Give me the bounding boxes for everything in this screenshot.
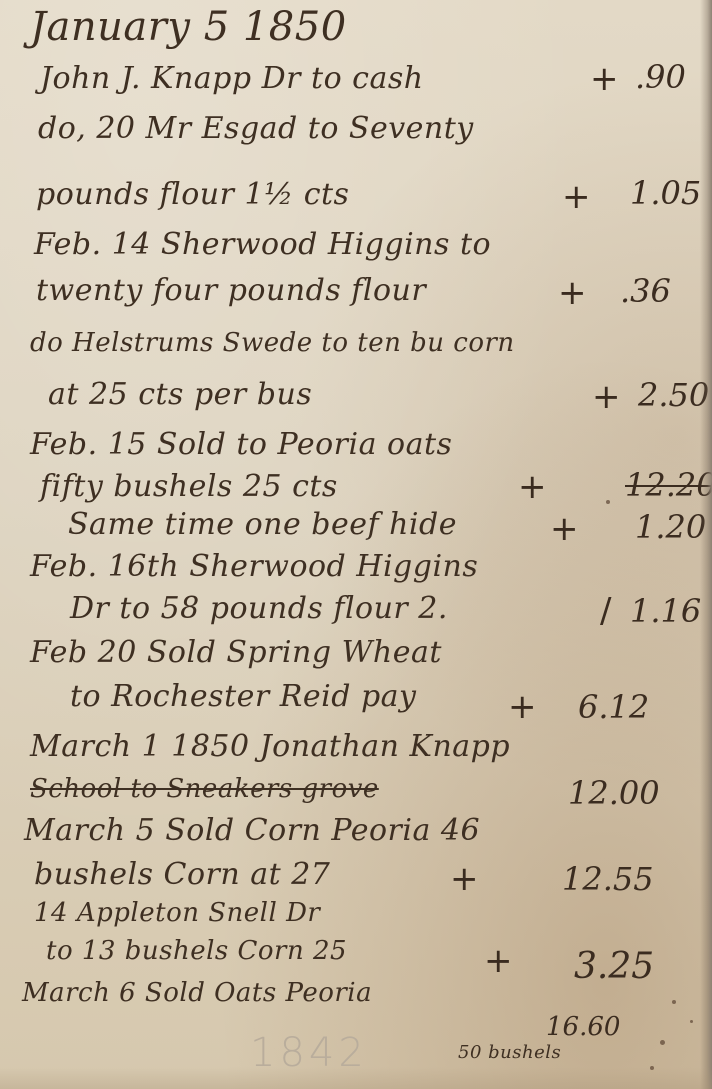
ledger-amount: .90 (635, 60, 686, 94)
ledger-entry-text: to Rochester Reid pay (70, 680, 416, 714)
tally-mark: + (508, 690, 537, 724)
ledger-entry-text: Feb 20 Sold Spring Wheat (30, 636, 442, 670)
ledger-entry-text: to 13 bushels Corn 25 (46, 934, 347, 968)
ledger-entry-text: Dr to 58 pounds flour 2. (70, 592, 448, 626)
ledger-entry-text: March 1 1850 Jonathan Knapp (30, 730, 510, 764)
ledger-entry-text: at 25 cts per bus (48, 378, 312, 412)
page-bottom-shadow (0, 1067, 712, 1089)
ledger-amount: .36 (620, 274, 671, 308)
tally-mark: + (550, 512, 579, 546)
ledger-entry-text: fifty bushels 25 cts (40, 470, 338, 504)
ledger-entry-text: bushels Corn at 27 (34, 858, 330, 892)
tally-mark: + (562, 180, 591, 214)
tally-mark: + (558, 276, 587, 310)
ledger-entry-text: John J. Knapp Dr to cash (40, 62, 424, 96)
ledger-entry-text: 50 bushels (458, 1036, 561, 1070)
tally-mark: + (484, 944, 513, 978)
ledger-entry-text: pounds flour 1½ cts (36, 178, 349, 212)
ledger-entry-text: 14 Appleton Snell Dr (34, 896, 320, 930)
ledger-entry-text: do Helstrums Swede to ten bu corn (30, 326, 515, 360)
ledger-amount: 3.25 (574, 950, 654, 984)
ledger-entry-text: March 6 Sold Oats Peoria (22, 976, 372, 1010)
ledger-amount: 12.20 (625, 468, 712, 502)
ledger-amount: 1.20 (635, 510, 706, 544)
ledger-entry-text: Feb. 16th Sherwood Higgins (30, 550, 478, 584)
ledger-amount: 2.50 (638, 378, 709, 412)
ink-spot (672, 1000, 676, 1004)
page-edge (700, 0, 712, 1089)
ledger-amount: 1.05 (630, 176, 701, 210)
tally-mark: / (600, 594, 611, 628)
ledger-entry-text: do, 20 Mr Esgad to Seventy (38, 112, 474, 146)
ledger-amount: 1.16 (630, 594, 701, 628)
ledger-page: January 5 1850 John J. Knapp Dr to cash … (0, 0, 712, 1089)
ledger-entry-text: School to Sneakers grove (30, 772, 379, 806)
ledger-entry-text: Same time one beef hide (68, 508, 457, 542)
ledger-amount: 6.12 (578, 690, 649, 724)
tally-mark: + (590, 62, 619, 96)
ledger-entry-text: Feb. 14 Sherwood Higgins to (34, 228, 491, 262)
ledger-date-header: January 5 1850 (30, 10, 347, 44)
ink-spot (660, 1040, 665, 1045)
ink-spot (690, 1020, 693, 1023)
tally-mark: + (592, 380, 621, 414)
tally-mark: + (450, 862, 479, 896)
ledger-entry-text: March 5 Sold Corn Peoria 46 (24, 814, 480, 848)
ledger-entry-text: twenty four pounds flour (36, 274, 426, 308)
ledger-entry-text: Feb. 15 Sold to Peoria oats (30, 428, 452, 462)
ledger-amount: 12.55 (562, 862, 654, 896)
tally-mark: + (518, 470, 547, 504)
ledger-amount: 12.00 (568, 776, 660, 810)
ink-spot (606, 500, 610, 504)
